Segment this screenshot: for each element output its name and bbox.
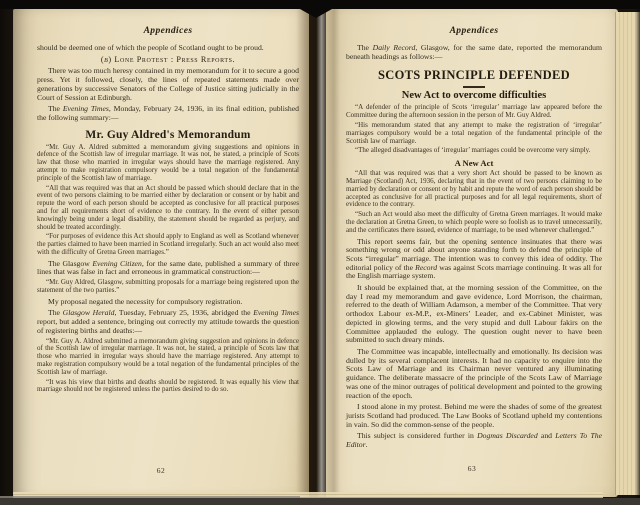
section-label: (b) Lone Protest : Press Reports. [37,56,299,65]
photo-frame-bottom [0,498,640,505]
paragraph: The Glasgow Evening Citizen, for the sam… [37,260,299,277]
headline-scots-principle: SCOTS PRINCIPLE DEFENDED [346,68,602,83]
photo-shadow-left [0,0,14,505]
subheadline-new-act: New Act to overcome difficulties [346,90,602,101]
paragraph: There was too much heresy contained in m… [37,67,299,102]
paragraph: The Glasgow Herald, Tuesday, February 25… [37,309,299,335]
crosshead-a-new-act: A New Act [346,158,602,168]
book-page-right: Appendices The Daily Record, Glasgow, fo… [326,9,618,497]
paragraph: It should be explained that, at the morn… [346,284,602,345]
continuation-paragraph: should be deemed one of which the people… [37,44,299,53]
book-page-left: Appendices should be deemed one of which… [13,9,309,497]
press-quote-paragraph: “For purposes of evidence this Act shoul… [37,233,299,256]
paragraph: This subject is considered further in Do… [346,432,602,449]
press-quote-paragraph: “The alleged disadvantages of ‘irregular… [346,147,602,155]
photo-frame-notch [300,9,332,18]
running-head: Appendices [37,26,299,36]
running-head: Appendices [346,26,602,36]
paragraph: The Daily Record, Glasgow, for the same … [346,44,602,61]
press-quote-paragraph: “His memorandum stated that any attempt … [346,122,602,145]
paragraph: My proposal negated the necessity for co… [37,298,299,307]
page-number: 63 [326,464,618,473]
paragraph: This report seems fair, but the opening … [346,238,602,282]
press-quote-paragraph: “Mr. Guy A. Aldred submitted a memorandu… [37,338,299,377]
press-quote-paragraph: “Mr. Guy A. Aldred submitted a memorandu… [37,144,299,183]
heading-memorandum: Mr. Guy Aldred's Memorandum [37,129,299,141]
photo-frame-top [0,0,640,9]
press-quote-paragraph: “All that was required was that a very s… [346,170,602,209]
press-quote-paragraph: “All that was required was that an Act s… [37,185,299,232]
paragraph: The Evening Times, Monday, February 24, … [37,105,299,122]
paragraph: The Committee was incapable, intellectua… [346,348,602,400]
photo-shadow-right [635,0,640,505]
paragraph: I stood alone in my protest. Behind me w… [346,403,602,429]
page-number: 62 [13,466,309,475]
heading-rule [463,86,485,88]
press-quote-paragraph: “It was his view that births and deaths … [37,379,299,395]
press-quote-paragraph: “A defender of the principle of Scots ‘i… [346,104,602,120]
press-quote-paragraph: “Such an Act would also meet the difficu… [346,211,602,234]
press-quote-paragraph: “Mr. Guy Aldred, Glasgow, submitting pro… [37,279,299,295]
open-book-photo: Appendices should be deemed one of which… [0,0,640,505]
